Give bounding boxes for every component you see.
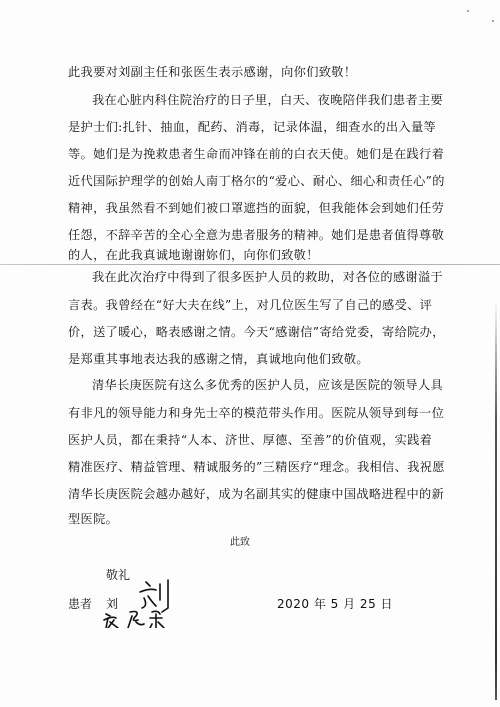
scan-edge-shadow [495, 300, 497, 700]
letter-line: 有非凡的领导能力和身先士卒的模范带头作用。医院从领导到每一位 [68, 406, 424, 420]
letter-line: 是护士们:扎针、抽血，配药、消毒，记录体温，细查水的出入量等 [68, 120, 424, 134]
letter-line: 精神，我虽然看不到她们被口罩遮挡的面貌，但我能体会到她们任劳 [68, 201, 424, 215]
letter-line: 清华长庚医院有这么多优秀的医护人员，应该是医院的领导人具 [92, 378, 424, 392]
scanned-letter-page: 此我要对刘副主任和张医生表示感谢，向你们致敬！我在心脏内科住院治疗的日子里，白天… [0, 0, 500, 707]
letter-line: 精准医疗、精益管理、精诚服务的”三精医疗“理念。我相信、我祝愿 [68, 460, 424, 474]
paper-fold-line [0, 264, 500, 265]
letter-line: 此我要对刘副主任和张医生表示感谢，向你们致敬！ [68, 65, 424, 79]
letter-line: 的人，在此我真诚地谢谢妳们，向你们致敬！ [68, 248, 424, 262]
handwritten-signature [100, 578, 180, 628]
letter-line: 是郑重其事地表达我的感谢之情，真诚地向他们致敬。 [68, 352, 424, 366]
scan-speck [492, 20, 494, 22]
letter-line: 清华长庚医院会越办越好，成为名副其实的健康中国战略进程中的新 [68, 487, 424, 501]
letter-date: 2020 年 5 月 25 日 [277, 595, 393, 612]
letter-line: 型医院。 [68, 512, 424, 526]
patient-label: 患者 [68, 595, 92, 612]
letter-line: 医护人员，都在秉持“人本、济世、厚德、至善”的价值观，实践着 [68, 433, 424, 447]
closing-phrase: 此致 [230, 533, 250, 548]
letter-line: 我在此次治疗中得到了很多医护人员的救助，对各位的感谢溢于 [92, 270, 424, 284]
letter-line: 我在心脏内科住院治疗的日子里，白天、夜晚陪伴我们患者主要 [92, 93, 424, 107]
letter-line: 价，送了暖心，略表感谢之情。今天“感谢信”寄给党委，寄给院办， [68, 325, 424, 339]
letter-line: 等。她们是为挽救患者生命而冲锋在前的白衣天使。她们是在践行着 [68, 147, 424, 161]
scan-speck [467, 10, 469, 12]
letter-line: 近代国际护理学的创始人南丁格尔的“爱心、耐心、细心和责任心”的 [68, 174, 424, 188]
letter-line: 言表。我曾经在“好大夫在线”上，对几位医生写了自己的感受、评 [68, 298, 424, 312]
letter-line: 任怨，不辞辛苦的全心全意为患者服务的精神。她们是患者值得尊敬 [68, 228, 424, 242]
